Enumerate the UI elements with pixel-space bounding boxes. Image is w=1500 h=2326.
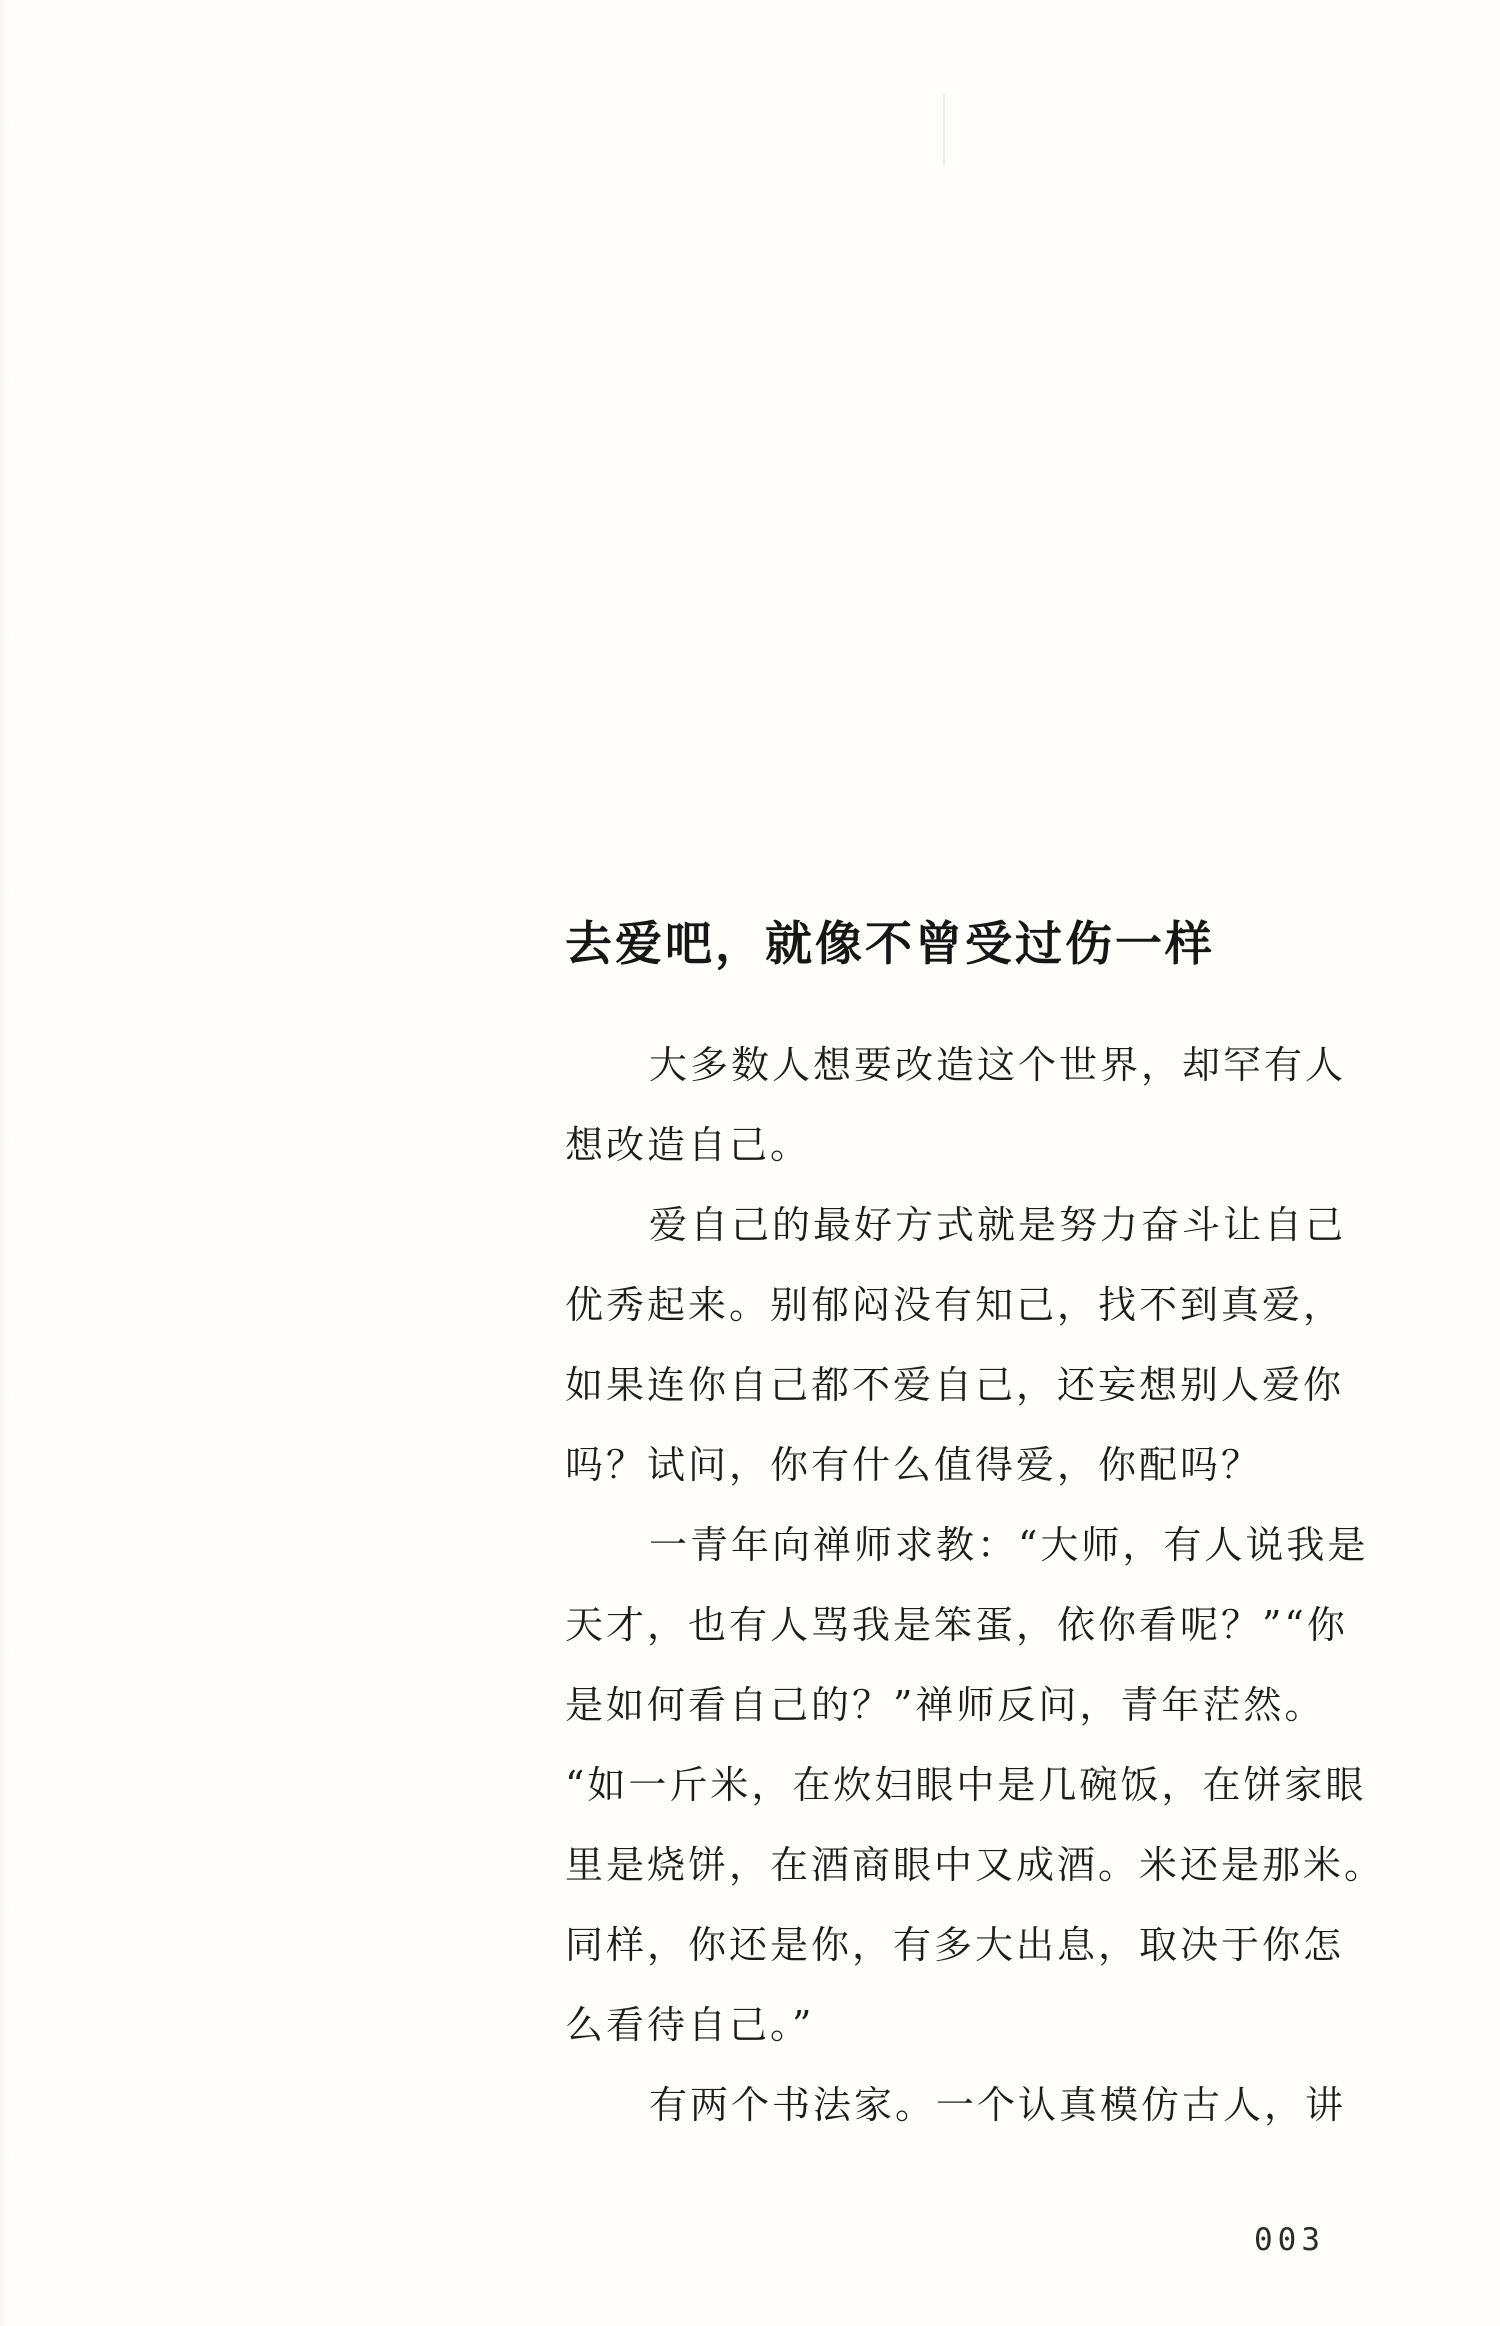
text-line: 同样，你还是你，有多大出息，取决于你怎 xyxy=(565,1905,1355,1985)
text-line: 吗？试问，你有什么值得爱，你配吗？ xyxy=(565,1425,1355,1505)
text-line: 一青年向禅师求教：“大师，有人说我是 xyxy=(565,1505,1355,1585)
book-page: 去爱吧，就像不曾受过伤一样 大多数人想要改造这个世界，却罕有人想改造自己。爱自己… xyxy=(0,0,1500,2326)
page-number: 003 xyxy=(1254,2222,1325,2258)
text-line: 优秀起来。别郁闷没有知己，找不到真爱， xyxy=(565,1265,1355,1345)
scan-artifact-line xyxy=(943,93,945,165)
text-line: 有两个书法家。一个认真模仿古人，讲 xyxy=(565,2065,1355,2145)
text-line: 里是烧饼，在酒商眼中又成酒。米还是那米。 xyxy=(565,1825,1355,1905)
chapter-title: 去爱吧，就像不曾受过伤一样 xyxy=(565,907,1215,974)
body-text: 大多数人想要改造这个世界，却罕有人想改造自己。爱自己的最好方式就是努力奋斗让自己… xyxy=(565,1025,1355,2145)
text-line: 爱自己的最好方式就是努力奋斗让自己 xyxy=(565,1185,1355,1265)
text-line: 想改造自己。 xyxy=(565,1105,1355,1185)
text-line: 大多数人想要改造这个世界，却罕有人 xyxy=(565,1025,1355,1105)
text-line: 么看待自己。” xyxy=(565,1985,1355,2065)
text-line: 如果连你自己都不爱自己，还妄想别人爱你 xyxy=(565,1345,1355,1425)
text-line: 天才，也有人骂我是笨蛋，依你看呢？”“你 xyxy=(565,1585,1355,1665)
text-line: 是如何看自己的？”禅师反问，青年茫然。 xyxy=(565,1665,1355,1745)
text-line: “如一斤米，在炊妇眼中是几碗饭，在饼家眼 xyxy=(565,1745,1355,1825)
scan-edge-shade xyxy=(0,0,10,2326)
